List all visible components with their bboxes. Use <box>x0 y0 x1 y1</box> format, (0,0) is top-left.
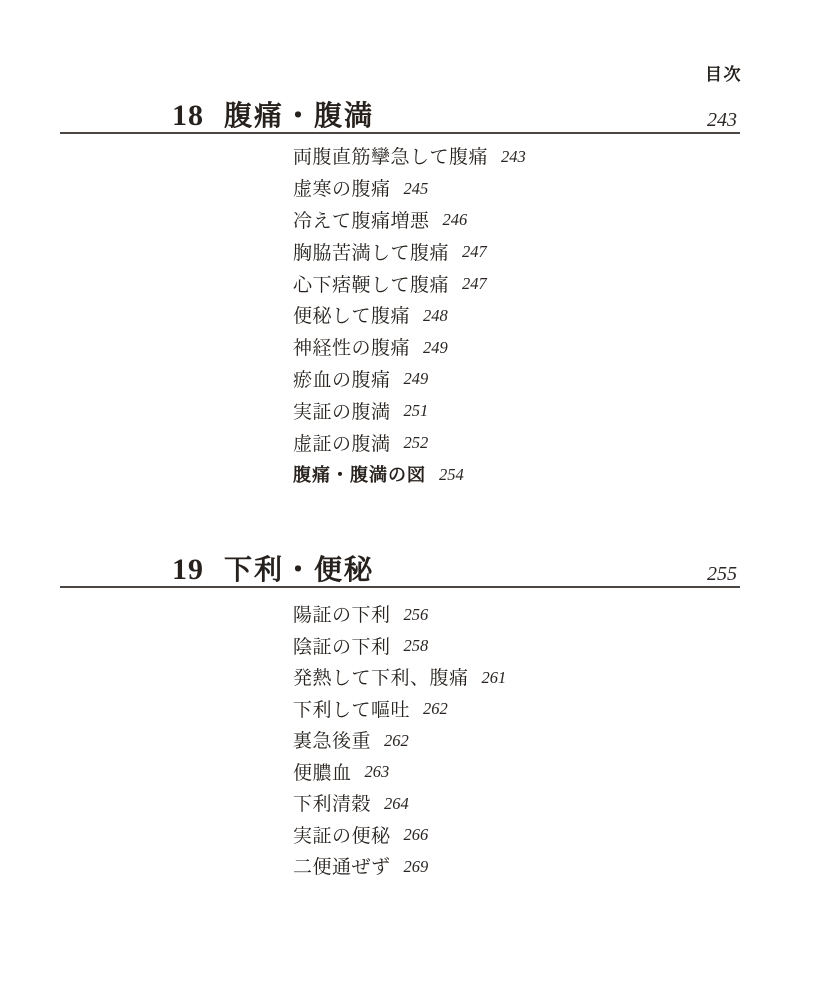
toc-entry: 裏急後重 262 <box>293 724 506 756</box>
toc-entry: 実証の腹満 251 <box>293 394 526 426</box>
entry-page-number: 262 <box>423 697 448 719</box>
toc-entry: 便膿血 263 <box>293 756 506 788</box>
entry-page-number: 246 <box>443 208 468 230</box>
toc-entry: 虚寒の腹痛 245 <box>293 172 526 204</box>
chapter-page-number: 243 <box>707 110 737 130</box>
entry-page-number: 245 <box>404 177 429 199</box>
entry-title: 胸脇苦満して腹痛 <box>293 238 449 265</box>
chapter-heading-18: 18 腹痛・腹満 243 <box>60 93 740 134</box>
entry-page-number: 252 <box>404 431 429 453</box>
entry-page-number: 266 <box>404 823 429 845</box>
toc-entry-figure: 腹痛・腹満の図 254 <box>293 458 526 490</box>
entry-title: 瘀血の腹痛 <box>293 365 391 392</box>
entry-title: 陰証の下利 <box>293 632 391 659</box>
entry-page-number: 263 <box>365 760 390 782</box>
entry-page-number: 264 <box>384 792 409 814</box>
chapter-title: 腹痛・腹満 <box>224 103 374 131</box>
toc-entry: 便秘して腹痛 248 <box>293 299 526 331</box>
toc-entry: 実証の便秘 266 <box>293 819 506 851</box>
chapter-number: 18 <box>172 101 204 131</box>
toc-entry: 二便通ぜず 269 <box>293 850 506 882</box>
toc-entry: 胸脇苦満して腹痛 247 <box>293 235 526 267</box>
entry-title: 発熱して下利、腹痛 <box>293 663 469 690</box>
entry-page-number: 256 <box>404 603 429 625</box>
toc-entry: 瘀血の腹痛 249 <box>293 363 526 395</box>
toc-entry: 発熱して下利、腹痛 261 <box>293 661 506 693</box>
chapter-19-entry-list: 陽証の下利 256 陰証の下利 258 発熱して下利、腹痛 261 下利して嘔吐… <box>293 598 506 882</box>
chapter-page-number: 255 <box>707 564 737 584</box>
entry-page-number: 262 <box>384 729 409 751</box>
chapter-heading-19: 19 下利・便秘 255 <box>60 547 740 588</box>
entry-title: 冷えて腹痛増悪 <box>293 206 430 233</box>
entry-page-number: 248 <box>423 304 448 326</box>
entry-page-number: 249 <box>423 336 448 358</box>
toc-entry: 下利して嘔吐 262 <box>293 693 506 725</box>
page-header: 目次 <box>705 60 742 85</box>
entry-title: 虚寒の腹痛 <box>293 174 391 201</box>
entry-title: 心下痞鞕して腹痛 <box>293 270 449 297</box>
entry-title: 二便通ぜず <box>293 852 391 879</box>
chapter-title: 下利・便秘 <box>224 557 374 585</box>
entry-title: 実証の便秘 <box>293 821 391 848</box>
entry-page-number: 251 <box>404 399 429 421</box>
toc-entry: 陽証の下利 256 <box>293 598 506 630</box>
entry-page-number: 243 <box>501 145 526 167</box>
entry-title: 便膿血 <box>293 758 352 785</box>
toc-entry: 心下痞鞕して腹痛 247 <box>293 267 526 299</box>
entry-title: 実証の腹満 <box>293 397 391 424</box>
toc-entry: 陰証の下利 258 <box>293 630 506 662</box>
entry-page-number: 247 <box>462 272 487 294</box>
entry-title: 腹痛・腹満の図 <box>293 461 426 487</box>
toc-page: 目次 18 腹痛・腹満 243 両腹直筋攣急して腹痛 243 虚寒の腹痛 245… <box>0 0 830 998</box>
entry-title: 便秘して腹痛 <box>293 301 410 328</box>
entry-page-number: 247 <box>462 240 487 262</box>
toc-entry: 下利清穀 264 <box>293 787 506 819</box>
entry-title: 下利して嘔吐 <box>293 695 410 722</box>
toc-entry: 冷えて腹痛増悪 246 <box>293 204 526 236</box>
chapter-number: 19 <box>172 555 204 585</box>
entry-title: 両腹直筋攣急して腹痛 <box>293 142 488 169</box>
entry-title: 虚証の腹満 <box>293 429 391 456</box>
entry-page-number: 249 <box>404 367 429 389</box>
chapter-18-entry-list: 両腹直筋攣急して腹痛 243 虚寒の腹痛 245 冷えて腹痛増悪 246 胸脇苦… <box>293 140 526 490</box>
entry-page-number: 254 <box>439 463 464 485</box>
entry-title: 陽証の下利 <box>293 600 391 627</box>
entry-title: 神経性の腹痛 <box>293 333 410 360</box>
entry-page-number: 258 <box>404 634 429 656</box>
entry-title: 下利清穀 <box>293 789 371 816</box>
entry-page-number: 261 <box>482 666 507 688</box>
toc-entry: 両腹直筋攣急して腹痛 243 <box>293 140 526 172</box>
entry-title: 裏急後重 <box>293 726 371 753</box>
entry-page-number: 269 <box>404 855 429 877</box>
toc-entry: 神経性の腹痛 249 <box>293 331 526 363</box>
toc-entry: 虚証の腹満 252 <box>293 426 526 458</box>
